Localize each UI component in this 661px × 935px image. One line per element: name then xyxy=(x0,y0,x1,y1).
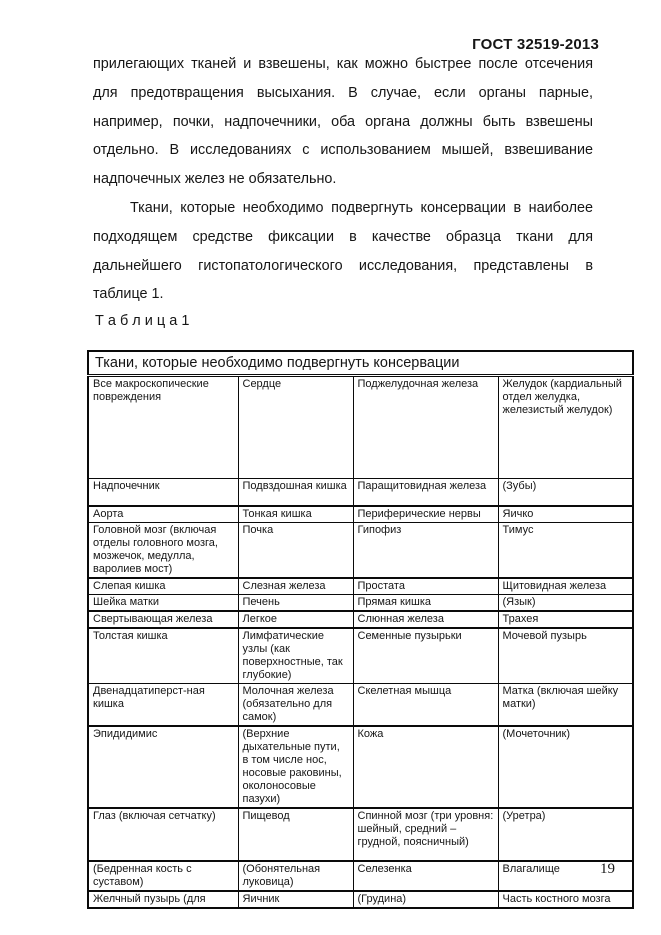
table-title: Ткани, которые необходимо подвергнуть ко… xyxy=(88,351,633,376)
table-cell: Тимус xyxy=(498,522,633,578)
table-cell: Почка xyxy=(238,522,353,578)
table-cell: Желчный пузырь (для xyxy=(88,891,238,908)
table-cell: Шейка матки xyxy=(88,594,238,611)
table-cell: Лимфатические узлы (как поверхностные, т… xyxy=(238,628,353,684)
table-cell: Слепая кишка xyxy=(88,578,238,595)
table-cell: (Обонятельная луковица) xyxy=(238,861,353,891)
table-cell: Часть костного мозга xyxy=(498,891,633,908)
table-cell: Все макроскопические повреждения xyxy=(88,376,238,479)
table-cell: Спинной мозг (три уровня: шейный, средни… xyxy=(353,808,498,861)
table-cell: Паращитовидная железа xyxy=(353,479,498,506)
table-cell: (Зубы) xyxy=(498,479,633,506)
table-cell: Мочевой пузырь xyxy=(498,628,633,684)
table-cell: Глаз (включая сетчатку) xyxy=(88,808,238,861)
table-cell: Простата xyxy=(353,578,498,595)
table-cell: Тонкая кишка xyxy=(238,506,353,523)
table-row: АортаТонкая кишкаПериферические нервыЯич… xyxy=(88,506,633,523)
page-number: 19 xyxy=(600,861,615,878)
table-cell: Поджелудочная железа xyxy=(353,376,498,479)
table-cell: Печень xyxy=(238,594,353,611)
table-cell: (Грудина) xyxy=(353,891,498,908)
table-cell: Молочная железа (обязательно для самок) xyxy=(238,683,353,726)
tissues-table: Ткани, которые необходимо подвергнуть ко… xyxy=(87,350,634,909)
table-cell: Щитовидная железа xyxy=(498,578,633,595)
table-cell: Слюнная железа xyxy=(353,611,498,628)
table-cell: Яичко xyxy=(498,506,633,523)
table-row: НадпочечникПодвздошная кишкаПаращитовидн… xyxy=(88,479,633,506)
table-cell: Трахея xyxy=(498,611,633,628)
table-label: Т а б л и ц а 1 xyxy=(95,313,189,329)
table-cell: Пищевод xyxy=(238,808,353,861)
table-row: Шейка маткиПеченьПрямая кишка(Язык) xyxy=(88,594,633,611)
table-cell: (Уретра) xyxy=(498,808,633,861)
table-cell: Матка (включая шейку матки) xyxy=(498,683,633,726)
table-cell: Аорта xyxy=(88,506,238,523)
table-cell: Толстая кишка xyxy=(88,628,238,684)
table-row: Головной мозг (включая отделы головного … xyxy=(88,522,633,578)
table-cell: Семенные пузырьки xyxy=(353,628,498,684)
table-body: Все макроскопические поврежденияСердцеПо… xyxy=(88,376,633,908)
table-cell: Двенадцатиперст-ная кишка xyxy=(88,683,238,726)
table-cell: Свертывающая железа xyxy=(88,611,238,628)
table-cell: Прямая кишка xyxy=(353,594,498,611)
table-cell: Сердце xyxy=(238,376,353,479)
table-row: Эпидидимис(Верхние дыхательные пути, в т… xyxy=(88,726,633,808)
table-cell: Яичник xyxy=(238,891,353,908)
table-cell: Надпочечник xyxy=(88,479,238,506)
table-cell: Периферические нервы xyxy=(353,506,498,523)
table-title-row: Ткани, которые необходимо подвергнуть ко… xyxy=(88,351,633,376)
table-cell: Слезная железа xyxy=(238,578,353,595)
table-cell: (Верхние дыхательные пути, в том числе н… xyxy=(238,726,353,808)
table-cell: Легкое xyxy=(238,611,353,628)
table-row: Двенадцатиперст-ная кишкаМолочная железа… xyxy=(88,683,633,726)
table-cell: Подвздошная кишка xyxy=(238,479,353,506)
table-row: (Бедренная кость с суставом)(Обонятельна… xyxy=(88,861,633,891)
table-cell: Гипофиз xyxy=(353,522,498,578)
table-cell: (Бедренная кость с суставом) xyxy=(88,861,238,891)
table-cell: Селезенка xyxy=(353,861,498,891)
table-cell: (Мочеточник) xyxy=(498,726,633,808)
table-cell: Головной мозг (включая отделы головного … xyxy=(88,522,238,578)
table-row: Свертывающая железаЛегкоеСлюнная железаТ… xyxy=(88,611,633,628)
table-cell: Скелетная мышца xyxy=(353,683,498,726)
paragraph-continuation: прилегающих тканей и взвешены, как можно… xyxy=(93,50,593,194)
paragraph-tissues-intro: Ткани, которые необходимо подвергнуть ко… xyxy=(93,194,593,309)
table-row: Желчный пузырь (дляЯичник(Грудина)Часть … xyxy=(88,891,633,908)
table-cell: Эпидидимис xyxy=(88,726,238,808)
table-cell: (Язык) xyxy=(498,594,633,611)
document-page: ГОСТ 32519-2013 прилегающих тканей и взв… xyxy=(0,0,661,935)
table-row: Толстая кишкаЛимфатические узлы (как пов… xyxy=(88,628,633,684)
table-row: Глаз (включая сетчатку)ПищеводСпинной мо… xyxy=(88,808,633,861)
table-cell: Кожа xyxy=(353,726,498,808)
table-row: Слепая кишкаСлезная железаПростатаЩитови… xyxy=(88,578,633,595)
table-cell: Желудок (кардиальный отдел желудка, желе… xyxy=(498,376,633,479)
table-row: Все макроскопические поврежденияСердцеПо… xyxy=(88,376,633,479)
